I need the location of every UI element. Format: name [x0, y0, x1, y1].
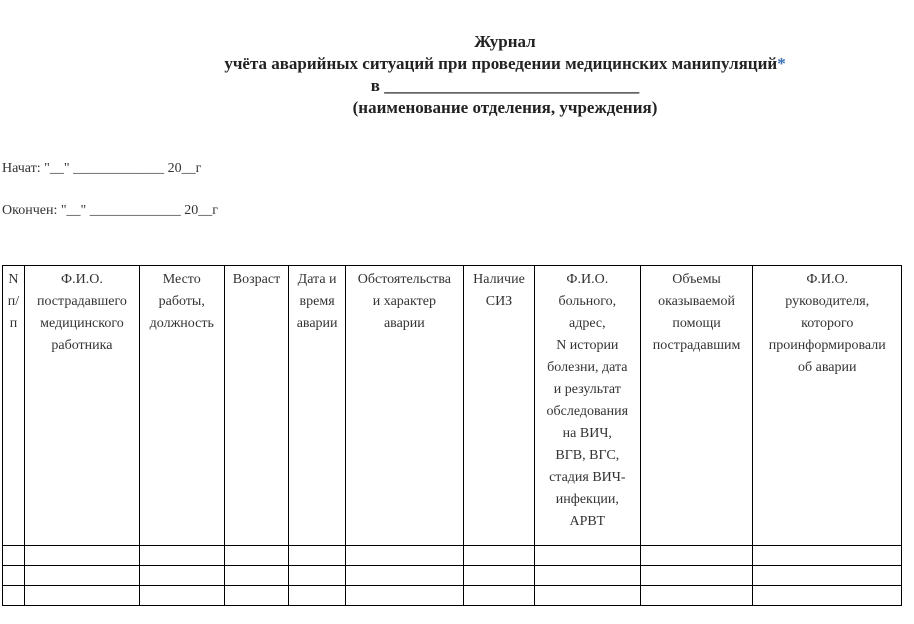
column-header-line: Наличие	[466, 269, 532, 291]
column-header-line: Объемы	[643, 269, 751, 291]
column-header: Возраст	[224, 266, 289, 546]
table-row	[3, 566, 902, 586]
column-header-line: помощи	[643, 313, 751, 335]
column-header-line: Место	[142, 269, 222, 291]
column-header-line: и результат	[537, 379, 638, 401]
table-cell[interactable]	[535, 546, 641, 566]
column-header-line: больного,	[537, 291, 638, 313]
column-header-line: ВГВ, ВГС,	[537, 445, 638, 467]
column-header: Nп/п	[3, 266, 25, 546]
column-header-line: аварии	[291, 313, 342, 335]
table-cell[interactable]	[753, 586, 902, 606]
column-header-line: проинформировали	[755, 335, 899, 357]
column-header-line: медицинского	[27, 313, 137, 335]
column-header-line: оказываемой	[643, 291, 751, 313]
table-cell[interactable]	[224, 546, 289, 566]
column-header-line: стадия ВИЧ-	[537, 467, 638, 489]
column-header: Дата ивремяаварии	[289, 266, 345, 546]
column-header-line: об аварии	[755, 357, 899, 379]
table-row	[3, 586, 902, 606]
column-header-line: руководителя,	[755, 291, 899, 313]
table-cell[interactable]	[24, 586, 139, 606]
table-cell[interactable]	[3, 566, 25, 586]
table-row	[3, 546, 902, 566]
journal-title: Журнал	[0, 31, 914, 53]
table-cell[interactable]	[3, 586, 25, 606]
column-header-line: на ВИЧ,	[537, 423, 638, 445]
table-cell[interactable]	[463, 546, 534, 566]
table-cell[interactable]	[753, 566, 902, 586]
table-cell[interactable]	[3, 546, 25, 566]
column-header-line: Возраст	[227, 269, 287, 291]
table-cell[interactable]	[24, 546, 139, 566]
table-cell[interactable]	[345, 566, 463, 586]
column-header: Ф.И.О.больного,адрес,N историиболезни, д…	[535, 266, 641, 546]
table-cell[interactable]	[139, 586, 224, 606]
footnote-asterisk-link[interactable]: *	[777, 54, 786, 73]
table-cell[interactable]	[345, 546, 463, 566]
table-cell[interactable]	[753, 546, 902, 566]
table-cell[interactable]	[345, 586, 463, 606]
incident-journal-table: Nп/пФ.И.О.пострадавшегомедицинскогоработ…	[2, 265, 902, 606]
column-header-line: и характер	[348, 291, 461, 313]
column-header-line: Дата и	[291, 269, 342, 291]
column-header: Объемыоказываемойпомощипострадавшим	[640, 266, 753, 546]
department-caption: (наименование отделения, учреждения)	[0, 97, 914, 119]
column-header-line: работы,	[142, 291, 222, 313]
table-cell[interactable]	[289, 546, 345, 566]
column-header-line: АРВТ	[537, 511, 638, 533]
table-cell[interactable]	[640, 566, 753, 586]
started-date-line: Начат: "__" _____________ 20__г	[2, 161, 201, 177]
column-header-line: п	[5, 313, 22, 335]
column-header: Ф.И.О.руководителя,которогопроинформиров…	[753, 266, 902, 546]
table-cell[interactable]	[224, 586, 289, 606]
column-header-line: пострадавшего	[27, 291, 137, 313]
column-header-line: Обстоятельства	[348, 269, 461, 291]
column-header-line: Ф.И.О.	[537, 269, 638, 291]
column-header: Ф.И.О.пострадавшегомедицинскогоработника	[24, 266, 139, 546]
column-header-line: СИЗ	[466, 291, 532, 313]
table-cell[interactable]	[640, 546, 753, 566]
column-header-line: инфекции,	[537, 489, 638, 511]
journal-title-block: Журнал учёта аварийных ситуаций при пров…	[0, 31, 914, 119]
table-header-row: Nп/пФ.И.О.пострадавшегомедицинскогоработ…	[3, 266, 902, 546]
column-header-line: обследования	[537, 401, 638, 423]
table-cell[interactable]	[463, 586, 534, 606]
table-cell[interactable]	[289, 586, 345, 606]
column-header-line: Ф.И.О.	[27, 269, 137, 291]
column-header: Обстоятельстваи характераварии	[345, 266, 463, 546]
column-header-line: которого	[755, 313, 899, 335]
column-header-line: время	[291, 291, 342, 313]
table-cell[interactable]	[463, 566, 534, 586]
column-header-line: пострадавшим	[643, 335, 751, 357]
table-cell[interactable]	[24, 566, 139, 586]
table-cell[interactable]	[640, 586, 753, 606]
table-cell[interactable]	[535, 566, 641, 586]
column-header: НаличиеСИЗ	[463, 266, 534, 546]
column-header-line: адрес,	[537, 313, 638, 335]
column-header-line: аварии	[348, 313, 461, 335]
column-header-line: болезни, дата	[537, 357, 638, 379]
ended-date-line: Окончен: "__" _____________ 20__г	[2, 203, 218, 219]
column-header: Местоработы,должность	[139, 266, 224, 546]
table-cell[interactable]	[139, 546, 224, 566]
table-cell[interactable]	[139, 566, 224, 586]
table-cell[interactable]	[224, 566, 289, 586]
table-body	[3, 546, 902, 606]
column-header-line: п/	[5, 291, 22, 313]
column-header-line: должность	[142, 313, 222, 335]
column-header-line: Ф.И.О.	[755, 269, 899, 291]
table-cell[interactable]	[289, 566, 345, 586]
department-line: в ______________________________	[0, 75, 914, 97]
column-header-line: N истории	[537, 335, 638, 357]
journal-subtitle: учёта аварийных ситуаций при проведении …	[0, 53, 914, 75]
column-header-line: N	[5, 269, 22, 291]
column-header-line: работника	[27, 335, 137, 357]
table-cell[interactable]	[535, 586, 641, 606]
